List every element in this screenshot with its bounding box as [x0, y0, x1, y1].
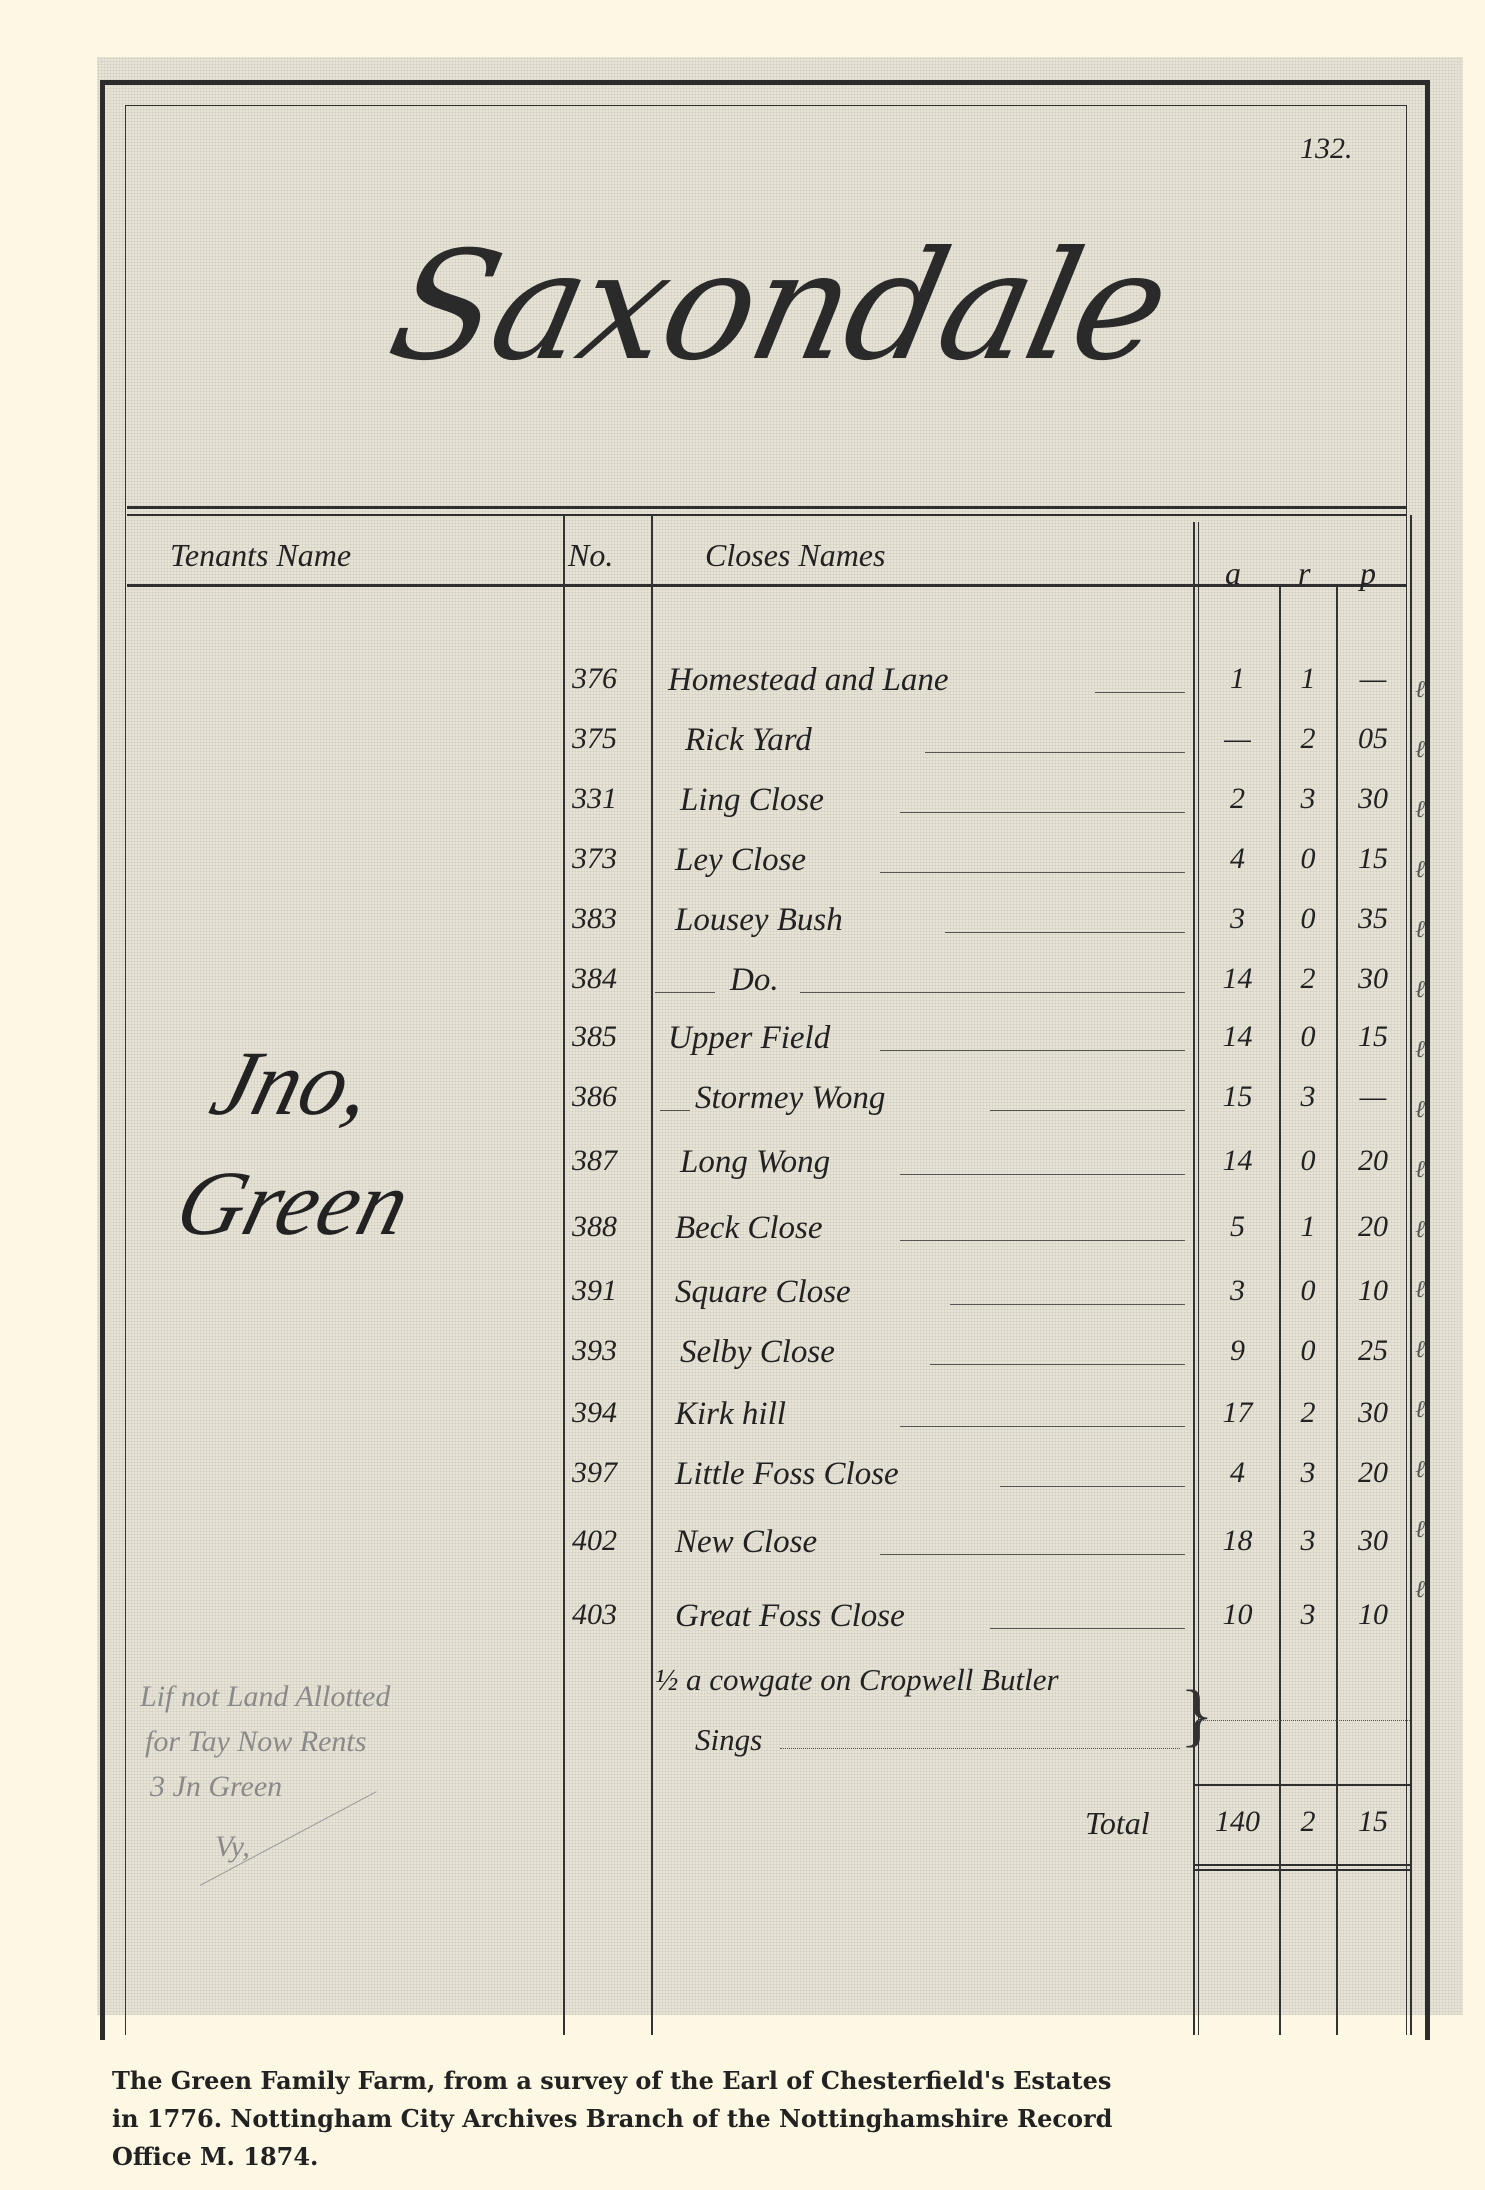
- roods-value: 2: [1282, 722, 1334, 756]
- close-name: Homestead and Lane: [668, 662, 948, 699]
- close-row: 397 Little Foss Close 4 3 20: [0, 1456, 1485, 1496]
- acres-value: 14: [1200, 962, 1275, 996]
- leader-line: [900, 1174, 1185, 1175]
- close-name: Ling Close: [680, 782, 824, 819]
- close-row: 403 Great Foss Close 10 3 10: [0, 1598, 1485, 1638]
- acres-value: 15: [1200, 1080, 1275, 1114]
- close-name: Lousey Bush: [675, 902, 843, 939]
- roods-value: 1: [1282, 1210, 1334, 1244]
- close-number: 391: [572, 1274, 650, 1308]
- perches-value: 10: [1338, 1274, 1408, 1308]
- close-name: Rick Yard: [685, 722, 812, 759]
- caption-line-3: Office M. 1874.: [112, 2138, 1442, 2176]
- page-number: 132.: [1300, 132, 1353, 166]
- header-number: No.: [568, 537, 613, 574]
- leader-line: [880, 1554, 1185, 1555]
- close-row: 394 Kirk hill 17 2 30: [0, 1396, 1485, 1436]
- close-number: 387: [572, 1144, 650, 1178]
- close-name: Stormey Wong: [695, 1080, 885, 1117]
- perches-value: —: [1338, 1080, 1408, 1114]
- acres-value: —: [1200, 722, 1275, 756]
- close-number: 388: [572, 1210, 650, 1244]
- close-number: 375: [572, 722, 650, 756]
- acres-value: 17: [1200, 1396, 1275, 1430]
- close-number: 331: [572, 782, 650, 816]
- leader-line: [780, 1748, 1180, 1749]
- close-name: Little Foss Close: [675, 1456, 899, 1493]
- close-row: 393 Selby Close 9 0 25: [0, 1334, 1485, 1374]
- close-row: 386 Stormey Wong 15 3 —: [0, 1080, 1485, 1120]
- roods-value: 0: [1282, 1144, 1334, 1178]
- header-bottom-rule: [127, 584, 1407, 587]
- header-acres: a: [1225, 555, 1241, 592]
- close-row: 391 Square Close 3 0 10: [0, 1274, 1485, 1314]
- perches-value: 15: [1338, 1020, 1408, 1054]
- close-row: 385 Upper Field 14 0 15: [0, 1020, 1485, 1060]
- cowgate-entry-line1: ½ a cowgate on Cropwell Butler: [655, 1662, 1059, 1698]
- close-number: 397: [572, 1456, 650, 1490]
- total-bottom-double-rule-2: [1193, 1869, 1411, 1871]
- caption-line-2: in 1776. Nottingham City Archives Branch…: [112, 2100, 1442, 2138]
- acres-value: 10: [1200, 1598, 1275, 1632]
- roods-value: 1: [1282, 662, 1334, 696]
- perches-value: 10: [1338, 1598, 1408, 1632]
- page-title: Saxondale: [377, 220, 1182, 394]
- close-number: 386: [572, 1080, 650, 1114]
- pencil-note-line1: Lif not Land Allotted: [140, 1680, 390, 1714]
- photo-caption: The Green Family Farm, from a survey of …: [112, 2062, 1442, 2176]
- perches-value: 15: [1338, 842, 1408, 876]
- perches-value: 25: [1338, 1334, 1408, 1368]
- close-name: Kirk hill: [675, 1396, 786, 1433]
- roods-value: 0: [1282, 1274, 1334, 1308]
- header-perches: p: [1360, 555, 1376, 592]
- close-number: 402: [572, 1524, 650, 1558]
- brace: }: [1180, 1676, 1214, 1756]
- roods-value: 3: [1282, 1598, 1334, 1632]
- close-number: 373: [572, 842, 650, 876]
- roods-value: 0: [1282, 902, 1334, 936]
- leader-line: [900, 812, 1185, 813]
- perches-value: 30: [1338, 1524, 1408, 1558]
- leader-line: [900, 1426, 1185, 1427]
- close-name: Selby Close: [680, 1334, 835, 1371]
- close-name: Great Foss Close: [675, 1598, 905, 1635]
- acres-value: 2: [1200, 782, 1275, 816]
- perches-value: 30: [1338, 962, 1408, 996]
- leader-line: [660, 1110, 690, 1111]
- cowgate-entry-line2: Sings: [695, 1722, 762, 1758]
- close-row: 383 Lousey Bush 3 0 35: [0, 902, 1485, 942]
- close-name: Long Wong: [680, 1144, 830, 1181]
- leader-line: [990, 1628, 1185, 1629]
- close-number: 385: [572, 1020, 650, 1054]
- close-row: 387 Long Wong 14 0 20: [0, 1144, 1485, 1184]
- close-row: 388 Beck Close 5 1 20: [0, 1210, 1485, 1250]
- roods-value: 0: [1282, 842, 1334, 876]
- roods-value: 3: [1282, 782, 1334, 816]
- close-row: 375 Rick Yard — 2 05: [0, 722, 1485, 762]
- close-number: 394: [572, 1396, 650, 1430]
- total-top-rule: [1193, 1784, 1411, 1786]
- leader-line: [1095, 692, 1185, 693]
- leader-line: [1198, 1720, 1410, 1721]
- header-top-rule-2: [127, 514, 1407, 516]
- header-tenants-name: Tenants Name: [170, 537, 351, 574]
- acres-value: 4: [1200, 842, 1275, 876]
- pencil-note-line4: Vy,: [215, 1830, 250, 1864]
- roods-value: 2: [1282, 962, 1334, 996]
- total-bottom-double-rule: [1193, 1864, 1411, 1866]
- caption-line-1: The Green Family Farm, from a survey of …: [112, 2062, 1442, 2100]
- leader-line: [945, 932, 1185, 933]
- close-row: 384 Do. 14 2 30: [0, 962, 1485, 1002]
- close-row: 373 Ley Close 4 0 15: [0, 842, 1485, 882]
- acres-value: 3: [1200, 902, 1275, 936]
- perches-value: 05: [1338, 722, 1408, 756]
- close-number: 376: [572, 662, 650, 696]
- close-row: 376 Homestead and Lane 1 1 —: [0, 662, 1485, 702]
- total-acres: 140: [1200, 1805, 1275, 1839]
- perches-value: 20: [1338, 1210, 1408, 1244]
- roods-value: 0: [1282, 1020, 1334, 1054]
- close-name: Ley Close: [675, 842, 806, 879]
- leader-line: [930, 1364, 1185, 1365]
- close-number: 383: [572, 902, 650, 936]
- roods-value: 2: [1282, 1396, 1334, 1430]
- leader-line: [990, 1110, 1185, 1111]
- close-name: New Close: [675, 1524, 817, 1561]
- close-name: Beck Close: [675, 1210, 823, 1247]
- header-roods: r: [1298, 555, 1310, 592]
- perches-value: 30: [1338, 1396, 1408, 1430]
- perches-value: 20: [1338, 1456, 1408, 1490]
- margin-annotations: ℓℓℓℓℓℓℓℓℓℓℓℓℓℓℓℓ: [1415, 660, 1425, 1620]
- perches-value: 35: [1338, 902, 1408, 936]
- total-label: Total: [1085, 1805, 1150, 1842]
- roods-value: 0: [1282, 1334, 1334, 1368]
- close-number: 393: [572, 1334, 650, 1368]
- leader-line: [655, 992, 715, 993]
- acres-value: 9: [1200, 1334, 1275, 1368]
- perches-value: 20: [1338, 1144, 1408, 1178]
- close-row: 331 Ling Close 2 3 30: [0, 782, 1485, 822]
- leader-line: [950, 1304, 1185, 1305]
- roods-value: 3: [1282, 1524, 1334, 1558]
- roods-value: 3: [1282, 1456, 1334, 1490]
- close-name: Upper Field: [668, 1020, 830, 1057]
- acres-value: 14: [1200, 1144, 1275, 1178]
- pencil-note-line3: 3 Jn Green: [150, 1770, 282, 1804]
- close-row: 402 New Close 18 3 30: [0, 1524, 1485, 1564]
- acres-value: 1: [1200, 662, 1275, 696]
- close-name: Square Close: [675, 1274, 851, 1311]
- header-closes-names: Closes Names: [705, 537, 885, 574]
- roods-value: 3: [1282, 1080, 1334, 1114]
- acres-value: 18: [1200, 1524, 1275, 1558]
- pencil-note-line2: for Tay Now Rents: [145, 1725, 366, 1759]
- leader-line: [900, 1240, 1185, 1241]
- leader-line: [1000, 1486, 1185, 1487]
- close-name: Do.: [730, 962, 779, 999]
- total-roods: 2: [1282, 1805, 1334, 1839]
- acres-value: 4: [1200, 1456, 1275, 1490]
- perches-value: —: [1338, 662, 1408, 696]
- acres-value: 5: [1200, 1210, 1275, 1244]
- close-number: 384: [572, 962, 650, 996]
- acres-value: 14: [1200, 1020, 1275, 1054]
- acres-value: 3: [1200, 1274, 1275, 1308]
- close-number: 403: [572, 1598, 650, 1632]
- header-top-rule: [127, 506, 1407, 509]
- leader-line: [800, 992, 1185, 993]
- leader-line: [925, 752, 1185, 753]
- total-perches: 15: [1338, 1805, 1408, 1839]
- leader-line: [880, 872, 1185, 873]
- leader-line: [880, 1050, 1185, 1051]
- perches-value: 30: [1338, 782, 1408, 816]
